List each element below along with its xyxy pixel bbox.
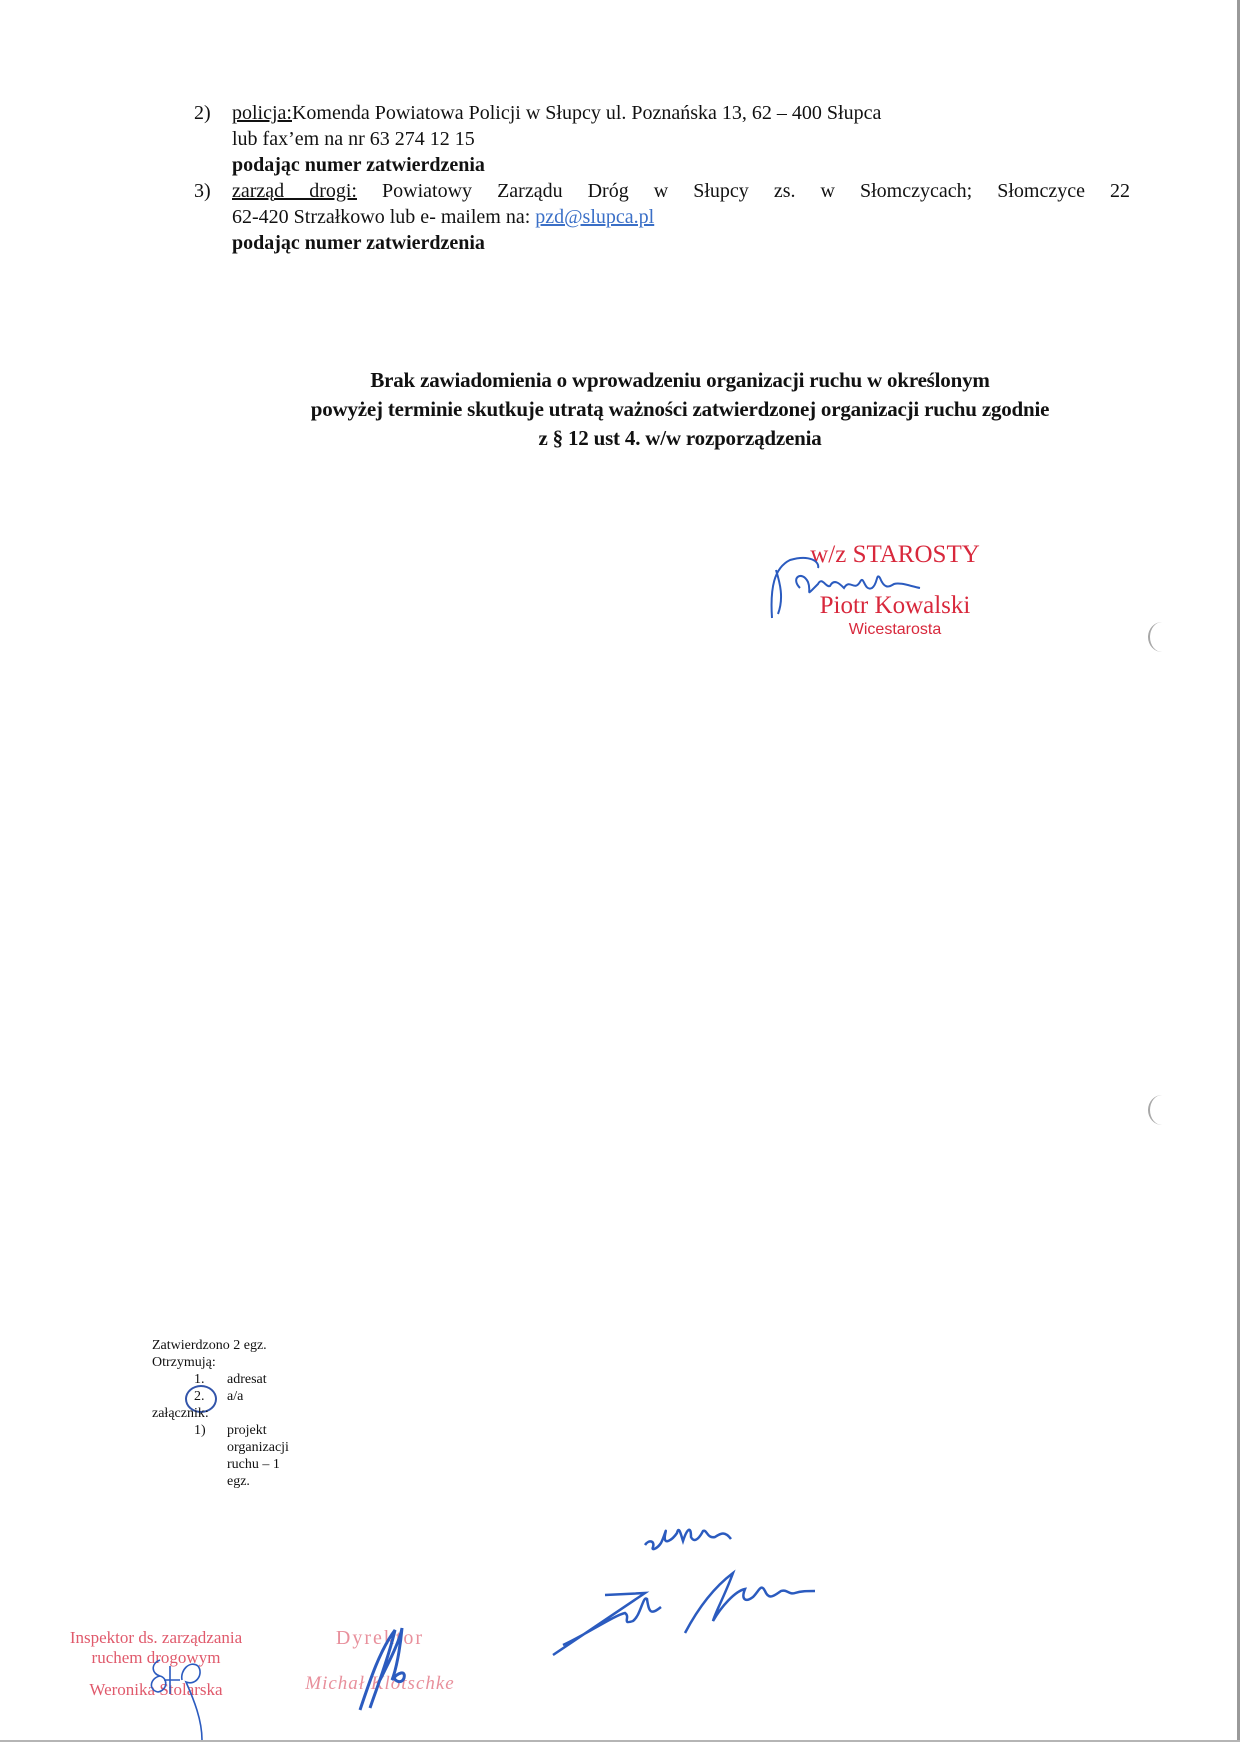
- stamp-name: Piotr Kowalski: [800, 592, 990, 620]
- stamp-title: w/z STAROSTY: [800, 540, 990, 570]
- inspector-title-line: Inspektor ds. zarządzania: [36, 1628, 276, 1648]
- starosta-stamp: w/z STAROSTY Piotr Kowalski Wicestarosta: [760, 540, 990, 640]
- director-stamp: Dyrektor Michał Klotschke: [280, 1626, 480, 1696]
- stamp-role: Wicestarosta: [800, 620, 990, 640]
- approved-copies: Zatwierdzono 2 egz.: [152, 1337, 267, 1354]
- validity-notice: Brak zawiadomienia o wprowadzeniu organi…: [220, 366, 1140, 453]
- item-number: 2): [194, 100, 211, 126]
- notice-line: z § 12 ust 4. w/w rozporządzenia: [220, 424, 1140, 453]
- director-name: Michał Klotschke: [280, 1672, 480, 1696]
- punch-hole-mark: [1148, 622, 1176, 652]
- receiver-number: 2.: [194, 1388, 205, 1405]
- signature-approval: [545, 1495, 885, 1665]
- notice-line: powyżej terminie skutkuje utratą ważnośc…: [220, 395, 1140, 424]
- inspector-stamp: Inspektor ds. zarządzania ruchem drogowy…: [36, 1628, 276, 1700]
- receiver-item: 2. a/a: [152, 1388, 267, 1405]
- page-edge-right: [1237, 0, 1240, 1742]
- item-line: Komenda Powiatowa Policji w Słupcy ul. P…: [292, 102, 881, 124]
- item-line: lub fax’em na nr 63 274 12 15: [232, 126, 1130, 152]
- item-note: podając numer zatwierdzenia: [232, 152, 1130, 178]
- receiver-text: a/a: [227, 1388, 243, 1405]
- director-title: Dyrektor: [280, 1626, 480, 1650]
- item-line: 62-420 Strzałkowo lub e- mailem na:: [232, 206, 535, 228]
- inspector-name: Weronika Stolarska: [36, 1680, 276, 1700]
- inspector-title-line: ruchem drogowym: [36, 1648, 276, 1668]
- item-label: zarząd drogi:: [232, 180, 357, 202]
- recipients-list: 2) policja:Komenda Powiatowa Policji w S…: [190, 100, 1130, 256]
- item-label: policja:: [232, 102, 292, 124]
- punch-hole-mark: [1148, 1095, 1176, 1125]
- distribution-list: Zatwierdzono 2 egz. Otrzymują: 1. adresa…: [152, 1337, 267, 1439]
- receiver-text: adresat: [227, 1371, 267, 1388]
- item-number: 3): [194, 178, 211, 204]
- item-line: Powiatowy Zarządu Dróg w Słupcy zs. w Sł…: [382, 180, 1130, 202]
- receiver-item: 1. adresat: [152, 1371, 267, 1388]
- list-item-road-authority: 3) zarząd drogi: Powiatowy Zarządu Dróg …: [190, 178, 1130, 256]
- notice-line: Brak zawiadomienia o wprowadzeniu organi…: [220, 366, 1140, 395]
- attachment-item: 1) projekt organizacji ruchu – 1 egz.: [152, 1422, 267, 1439]
- attachment-number: 1): [194, 1422, 206, 1439]
- item-note: podając numer zatwierdzenia: [232, 230, 1130, 256]
- attachment-text: projekt organizacji ruchu – 1 egz.: [227, 1422, 289, 1490]
- list-item-police: 2) policja:Komenda Powiatowa Policji w S…: [190, 100, 1130, 178]
- page-edge-bottom: [0, 1740, 1240, 1742]
- receivers-label: Otrzymują:: [152, 1354, 267, 1371]
- email-link[interactable]: pzd@slupca.pl: [535, 206, 654, 228]
- attachment-label: załącznik:: [152, 1405, 267, 1422]
